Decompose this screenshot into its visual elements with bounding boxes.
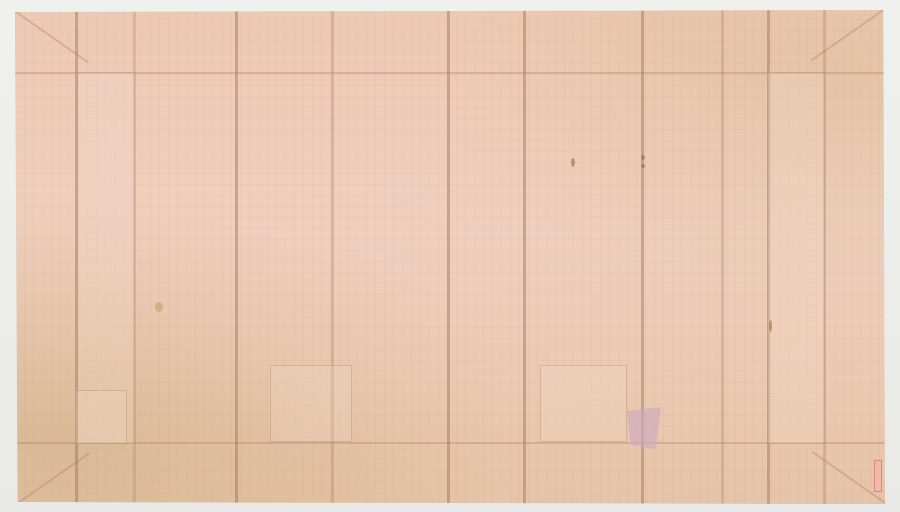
silk-textile-panel	[15, 10, 885, 504]
horizontal-seam	[15, 442, 885, 444]
inset-patch	[75, 390, 127, 444]
inset-patch	[540, 365, 627, 442]
stain	[155, 302, 163, 312]
repair-patch	[627, 407, 661, 449]
vertical-seam	[721, 10, 724, 504]
stain	[769, 320, 772, 332]
inset-patch	[77, 72, 135, 444]
label-tag	[874, 460, 882, 492]
horizontal-seam	[15, 72, 885, 74]
vertical-seam	[523, 10, 526, 504]
stain	[641, 164, 645, 168]
vertical-seam	[235, 10, 238, 504]
stain	[641, 155, 645, 160]
stain	[571, 158, 575, 167]
inset-patch	[767, 72, 825, 444]
weave-texture	[15, 10, 885, 504]
vertical-seam	[447, 10, 450, 504]
inset-patch	[270, 365, 352, 442]
